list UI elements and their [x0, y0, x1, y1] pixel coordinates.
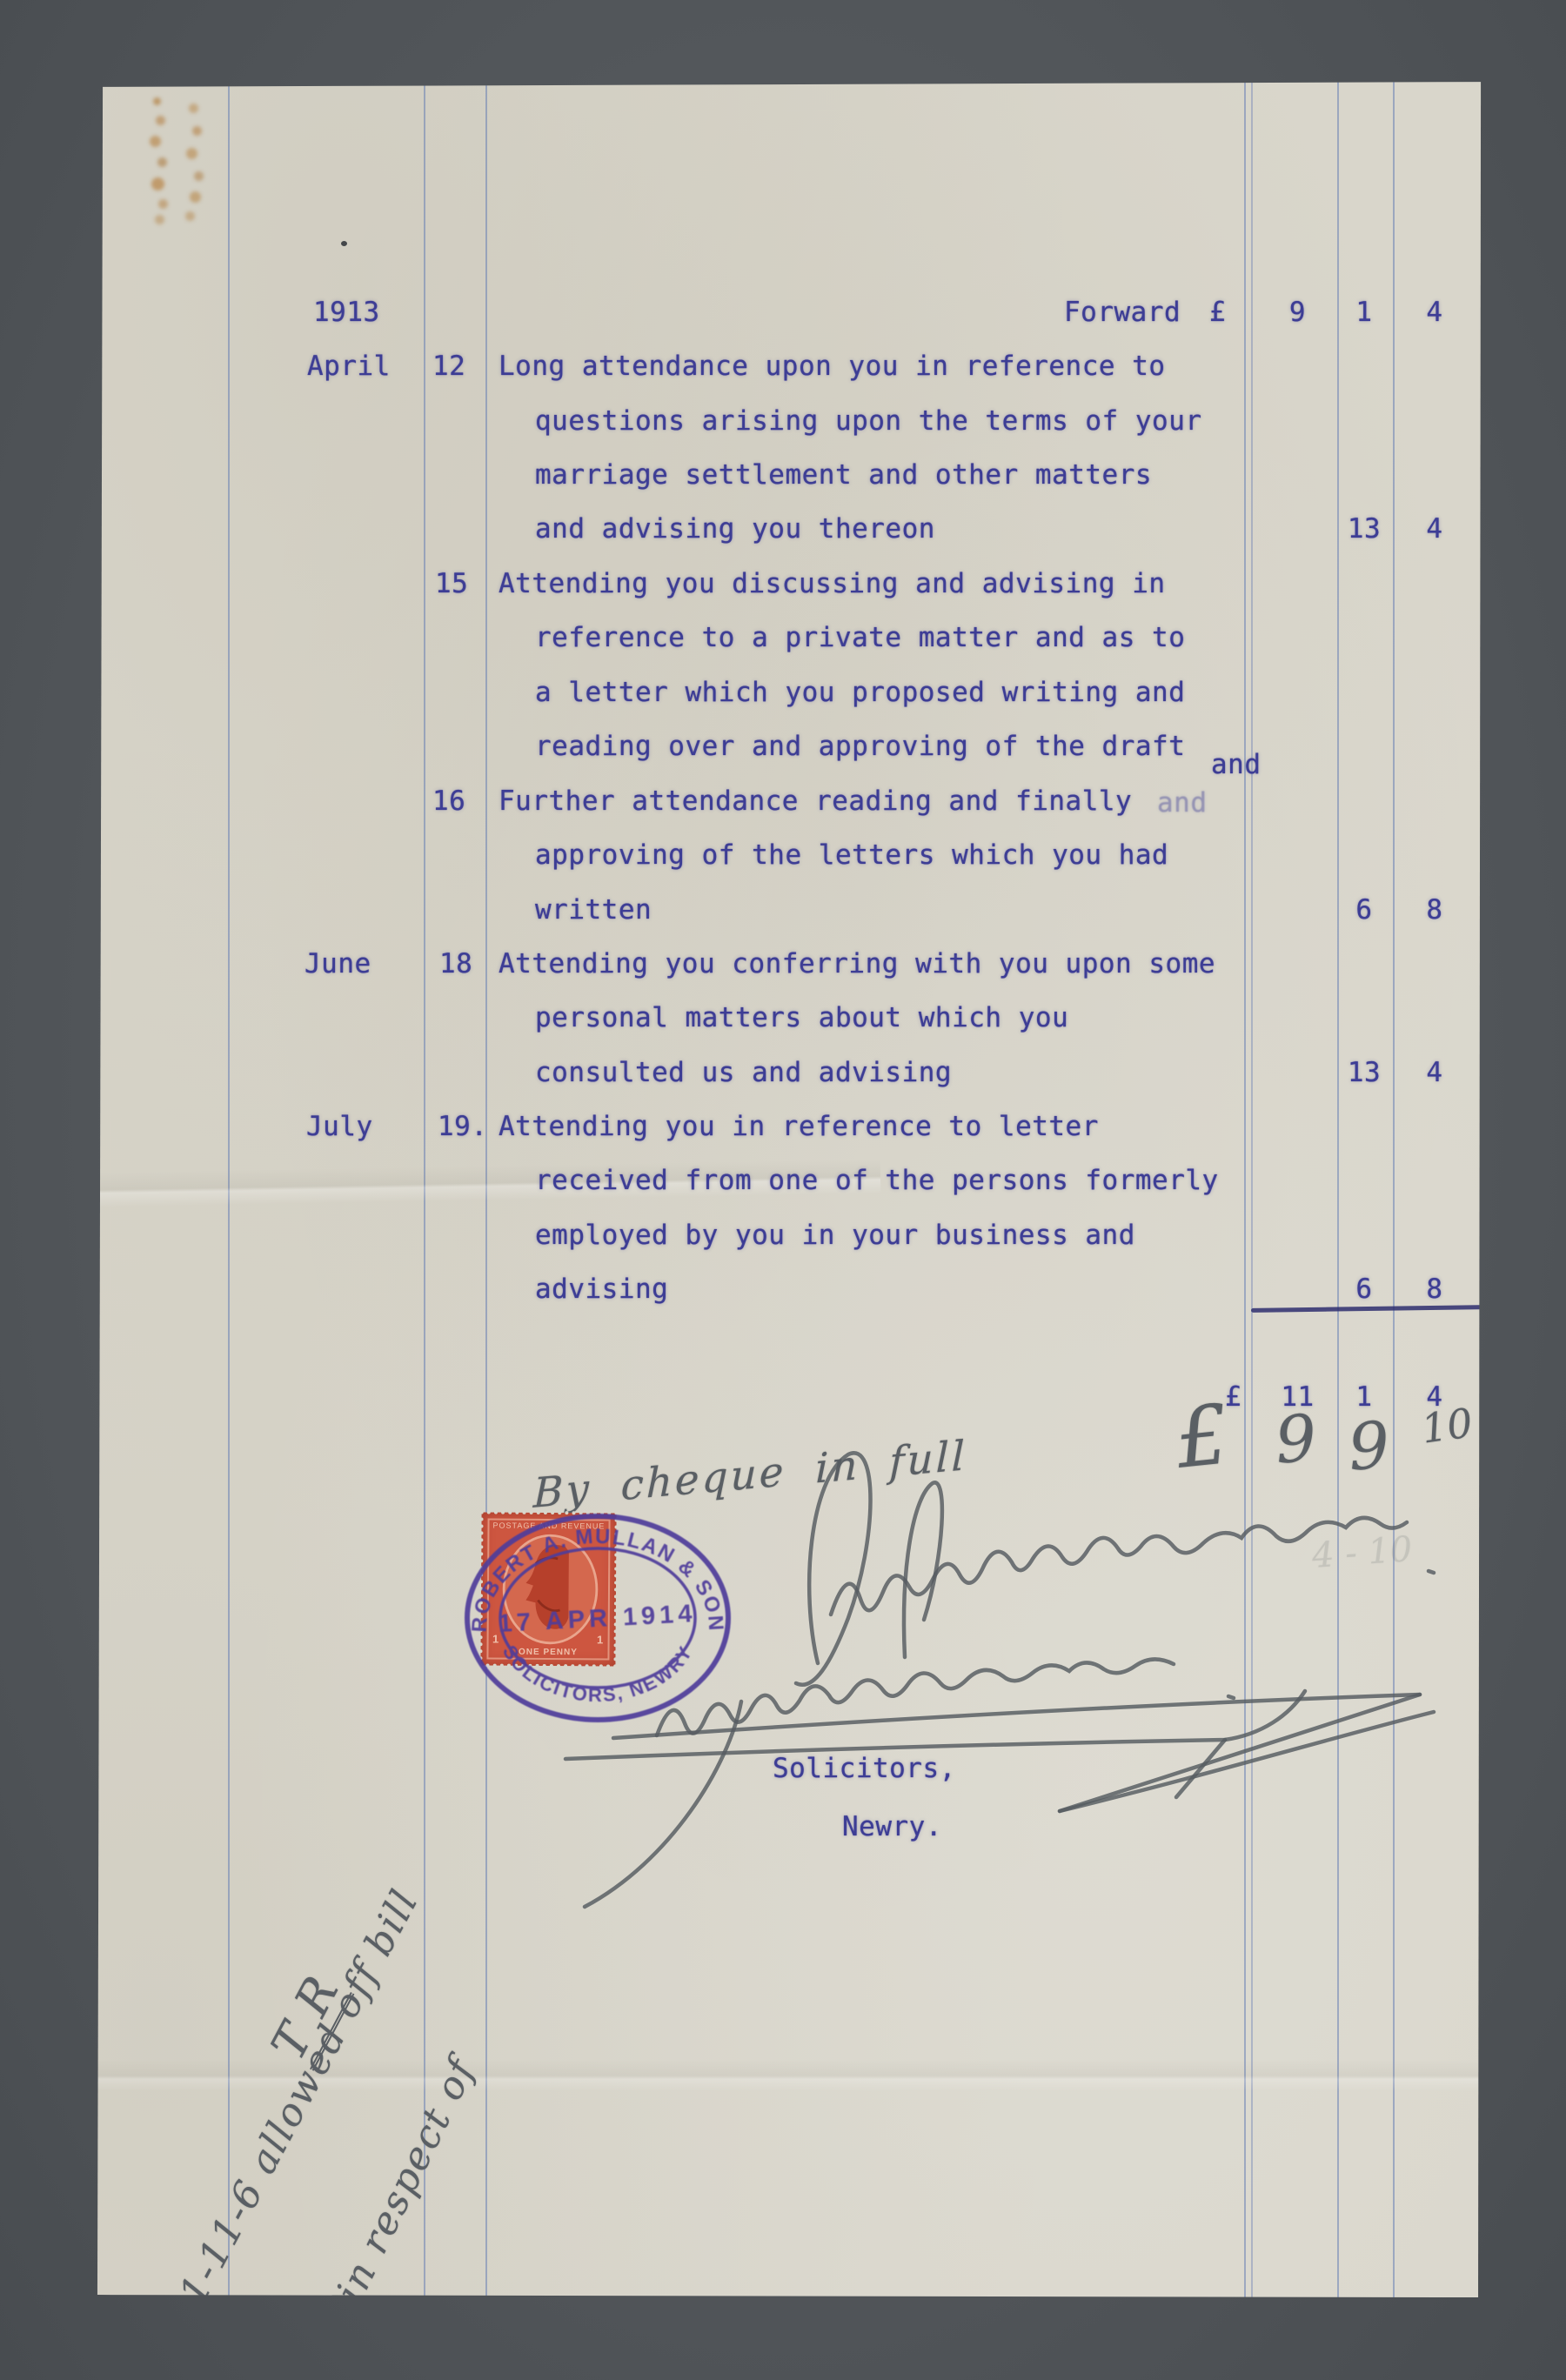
- signoff-place: Newry.: [842, 1811, 942, 1842]
- signatures-overlay: [0, 0, 1566, 2380]
- signature-1: [613, 1453, 1434, 1811]
- signoff-role: Solicitors,: [773, 1753, 956, 1784]
- document-scan: 1913 Forward £ 9 1 4 April 12 Long atten…: [0, 0, 1566, 2380]
- ledger-paper: 1913 Forward £ 9 1 4 April 12 Long atten…: [0, 0, 1566, 2380]
